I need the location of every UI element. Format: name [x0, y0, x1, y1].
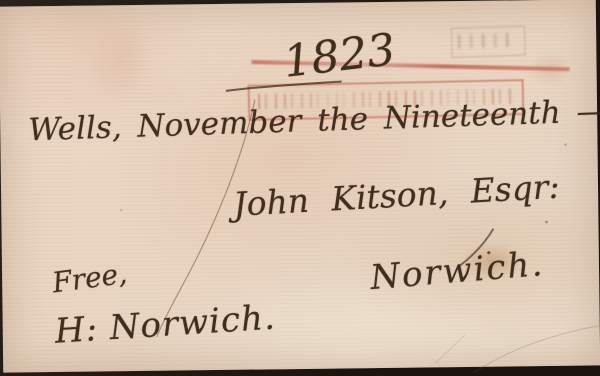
paper-speck [545, 221, 548, 224]
addressee-handwriting: John Kitson, Esqr: [232, 167, 560, 224]
letter-paper: 1823 Wells, November the Nineteenth — Jo… [0, 0, 600, 373]
minor-crease-line [435, 335, 465, 363]
bottom-crease-line [473, 325, 600, 373]
paper-speck [564, 144, 566, 146]
paper-speck [120, 209, 122, 211]
destination-handwriting: Norwich. [369, 244, 546, 298]
letter-photo: 1823 Wells, November the Nineteenth — Jo… [0, 0, 600, 376]
faint-boxed-handstamp [451, 26, 526, 58]
year-inscription: 1823 [281, 24, 398, 88]
paper-discoloration [85, 11, 156, 108]
frank-signature-handwriting: H: Norwich. [54, 298, 277, 352]
free-frank-handwriting: Free, [50, 257, 129, 300]
faint-handstamp-illegible-text [458, 33, 518, 49]
